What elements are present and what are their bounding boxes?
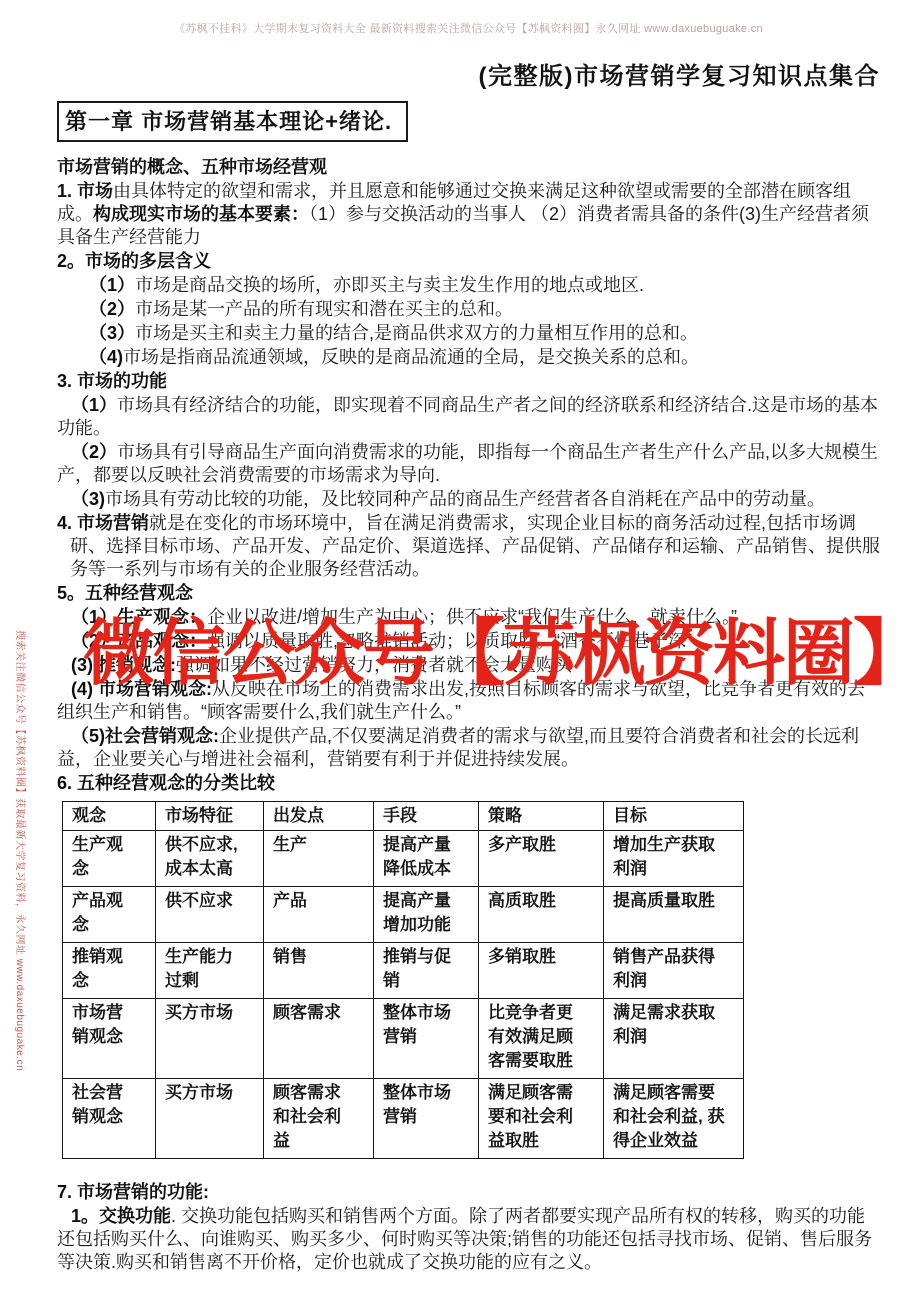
table-cell: 买方市场 [156,999,264,1079]
paragraph-bold-run: （4) [89,347,123,367]
table-cell: 比竞争者更 有效满足顾 客需要取胜 [479,999,604,1079]
table-cell: 供不应求 [156,887,264,943]
body-paragraph: （3）市场是买主和卖主力量的结合,是商品供求双方的力量相互作用的总和。 [57,322,880,345]
table-cell: 顾客需求 [264,999,374,1079]
table-cell: 顾客需求 和社会利 益 [264,1079,374,1159]
table-cell: 销售 [264,943,374,999]
paragraph-bold-run: 1。交换功能 [71,1206,171,1226]
body-paragraph: （3)市场具有劳动比较的功能，及比较同种产品的商品生产经营者各自消耗在产品中的劳… [57,488,880,511]
table-cell: 市场营 销观念 [63,999,156,1079]
table-cell: 销售产品获得 利润 [604,943,744,999]
paragraph-text-run: 市场是买主和卖主力量的结合,是商品供求双方的力量相互作用的总和。 [135,323,698,343]
paragraph-text-run: 市场具有经济结合的功能，即实现着不同商品生产者之间的经济联系和经济结合.这是市场… [57,395,878,438]
paragraph-bold-run: 6. 五种经营观念的分类比较 [57,773,275,793]
body-paragraph: 2。市场的多层含义 [57,250,880,273]
table-cell: 推销与促 销 [374,943,479,999]
table-cell: 增加生产获取 利润 [604,831,744,887]
table-cell: 买方市场 [156,1079,264,1159]
table-header-row: 观念市场特征出发点手段策略目标 [63,802,744,831]
comparison-table: 观念市场特征出发点手段策略目标 生产观 念供不应求, 成本太高生产提高产量 降低… [62,801,744,1159]
table-header-cell: 目标 [604,802,744,831]
body-paragraph: （2）市场具有引导商品生产面向消费需求的功能，即指每一个商品生产者生产什么产品,… [57,441,880,487]
table-header-cell: 市场特征 [156,802,264,831]
paragraph-text-run: . 交换功能包括购买和销售两个方面。除了两者都要实现产品所有权的转移，购买的功能… [57,1206,872,1272]
table-cell: 生产能力 过剩 [156,943,264,999]
top-notice: 《苏枫不挂科》大学期末复习资料大全 最新资料搜索关注微信公众号【苏枫资料圈】永久… [57,20,880,36]
paragraph-bold-run: 2。市场的多层含义 [57,251,211,271]
chapter-heading-row: 第一章 市场营销基本理论+绪论. [57,101,880,142]
paragraph-text-run: 就是在变化的市场环境中，旨在满足消费需求，实现企业目标的商务活动过程,包括市场调… [70,513,880,579]
table-cell: 多销取胜 [479,943,604,999]
paragraph-bold-run: 1. 市场 [57,181,113,201]
body-paragraph: （1）市场是商品交换的场所，亦即买主与卖主发生作用的地点或地区. [57,274,880,297]
table-header-cell: 观念 [63,802,156,831]
paragraph-bold-run: 4. 市场营销 [57,513,149,533]
doc-title: (完整版)市场营销学复习知识点集合 [57,56,880,91]
table-cell: 社会营 销观念 [63,1079,156,1159]
paragraph-bold-run: （2） [89,299,135,319]
table-cell: 产品观 念 [63,887,156,943]
paragraph-text-run: 市场是指商品流通领域，反映的是商品流通的全局，是交换关系的总和。 [123,347,699,367]
table-header-cell: 策略 [479,802,604,831]
paragraph-bold-run: （1） [71,395,117,415]
table-cell: 整体市场 营销 [374,1079,479,1159]
table-row: 推销观 念生产能力 过剩销售推销与促 销多销取胜销售产品获得 利润 [63,943,744,999]
body-paragraph: 1。交换功能. 交换功能包括购买和销售两个方面。除了两者都要实现产品所有权的转移… [57,1205,880,1274]
table-cell: 提高产量 降低成本 [374,831,479,887]
paragraph-bold-run: （3) [71,489,105,509]
paragraph-text-run: 市场具有劳动比较的功能，及比较同种产品的商品生产经营者各自消耗在产品中的劳动量。 [105,489,825,509]
body-paragraph: （2）市场是某一产品的所有现实和潜在买主的总和。 [57,298,880,321]
body-paragraph: 4. 市场营销就是在变化的市场环境中，旨在满足消费需求，实现企业目标的商务活动过… [57,512,880,581]
paragraph-bold-run: （3） [89,323,135,343]
paragraph-text-run: 市场是商品交换的场所，亦即买主与卖主发生作用的地点或地区. [135,275,644,295]
table-cell: 生产观 念 [63,831,156,887]
paragraph-bold-run: 3. 市场的功能 [57,371,167,391]
table-cell: 高质取胜 [479,887,604,943]
body-paragraph: 7. 市场营销的功能: [57,1181,880,1204]
table-cell: 产品 [264,887,374,943]
table-row: 生产观 念供不应求, 成本太高生产提高产量 降低成本多产取胜增加生产获取 利润 [63,831,744,887]
paragraph-bold-run: （2） [71,442,117,462]
paragraph-bold-run: 构成现实市场的基本要素： [93,204,309,224]
body-paragraph: 1. 市场由具体特定的欲望和需求，并且愿意和能够通过交换来满足这种欲望或需要的全… [57,180,880,249]
table-cell: 推销观 念 [63,943,156,999]
body-paragraph: （1）市场具有经济结合的功能，即实现着不同商品生产者之间的经济联系和经济结合.这… [57,394,880,440]
body-paragraph: （4)市场是指商品流通领域，反映的是商品流通的全局，是交换关系的总和。 [57,346,880,369]
paragraph-text-run: 市场是某一产品的所有现实和潜在买主的总和。 [135,299,513,319]
table-cell: 提高产量 增加功能 [374,887,479,943]
body-paragraph: 6. 五种经营观念的分类比较 [57,772,880,795]
body-paragraph: 3. 市场的功能 [57,370,880,393]
table-cell: 满足需求获取 利润 [604,999,744,1079]
table-header-cell: 手段 [374,802,479,831]
paragraphs-before-table: 1. 市场由具体特定的欲望和需求，并且愿意和能够通过交换来满足这种欲望或需要的全… [57,180,880,795]
table-cell: 多产取胜 [479,831,604,887]
paragraph-bold-run: 7. 市场营销的功能: [57,1182,209,1202]
left-vertical-watermark: 搜索关注微信公众号【苏枫资料圈】获取最新大学复习资料，永久网址 www.daxu… [14,630,29,1071]
table-cell: 满足顾客需 要和社会利 益取胜 [479,1079,604,1159]
table-cell: 提高质量取胜 [604,887,744,943]
section-heading: 市场营销的概念、五种市场经营观 [57,153,880,179]
table-cell: 供不应求, 成本太高 [156,831,264,887]
table-cell: 满足顾客需要 和社会利益, 获 得企业效益 [604,1079,744,1159]
table-row: 市场营 销观念买方市场顾客需求整体市场 营销比竞争者更 有效满足顾 客需要取胜满… [63,999,744,1079]
comparison-table-head: 观念市场特征出发点手段策略目标 [63,802,744,831]
comparison-table-body: 生产观 念供不应求, 成本太高生产提高产量 降低成本多产取胜增加生产获取 利润产… [63,831,744,1159]
chapter-heading: 第一章 市场营销基本理论+绪论. [57,101,408,142]
paragraph-text-run: 市场具有引导商品生产面向消费需求的功能，即指每一个商品生产者生产什么产品,以多大… [57,442,878,485]
table-cell: 生产 [264,831,374,887]
table-header-cell: 出发点 [264,802,374,831]
red-watermark-overlay: 微信公众号【苏枫资料圈】 [83,595,918,699]
table-cell: 整体市场 营销 [374,999,479,1079]
table-row: 产品观 念供不应求产品提高产量 增加功能高质取胜提高质量取胜 [63,887,744,943]
paragraphs-after-table: 7. 市场营销的功能:1。交换功能. 交换功能包括购买和销售两个方面。除了两者都… [57,1181,880,1274]
paragraph-bold-run: （1） [89,275,135,295]
body-paragraph: （5)社会营销观念:企业提供产品,不仅要满足消费者的需求与欲望,而且要符合消费者… [57,725,880,771]
paragraph-bold-run: （5)社会营销观念: [71,726,219,746]
table-row: 社会营 销观念买方市场顾客需求 和社会利 益整体市场 营销满足顾客需 要和社会利… [63,1079,744,1159]
